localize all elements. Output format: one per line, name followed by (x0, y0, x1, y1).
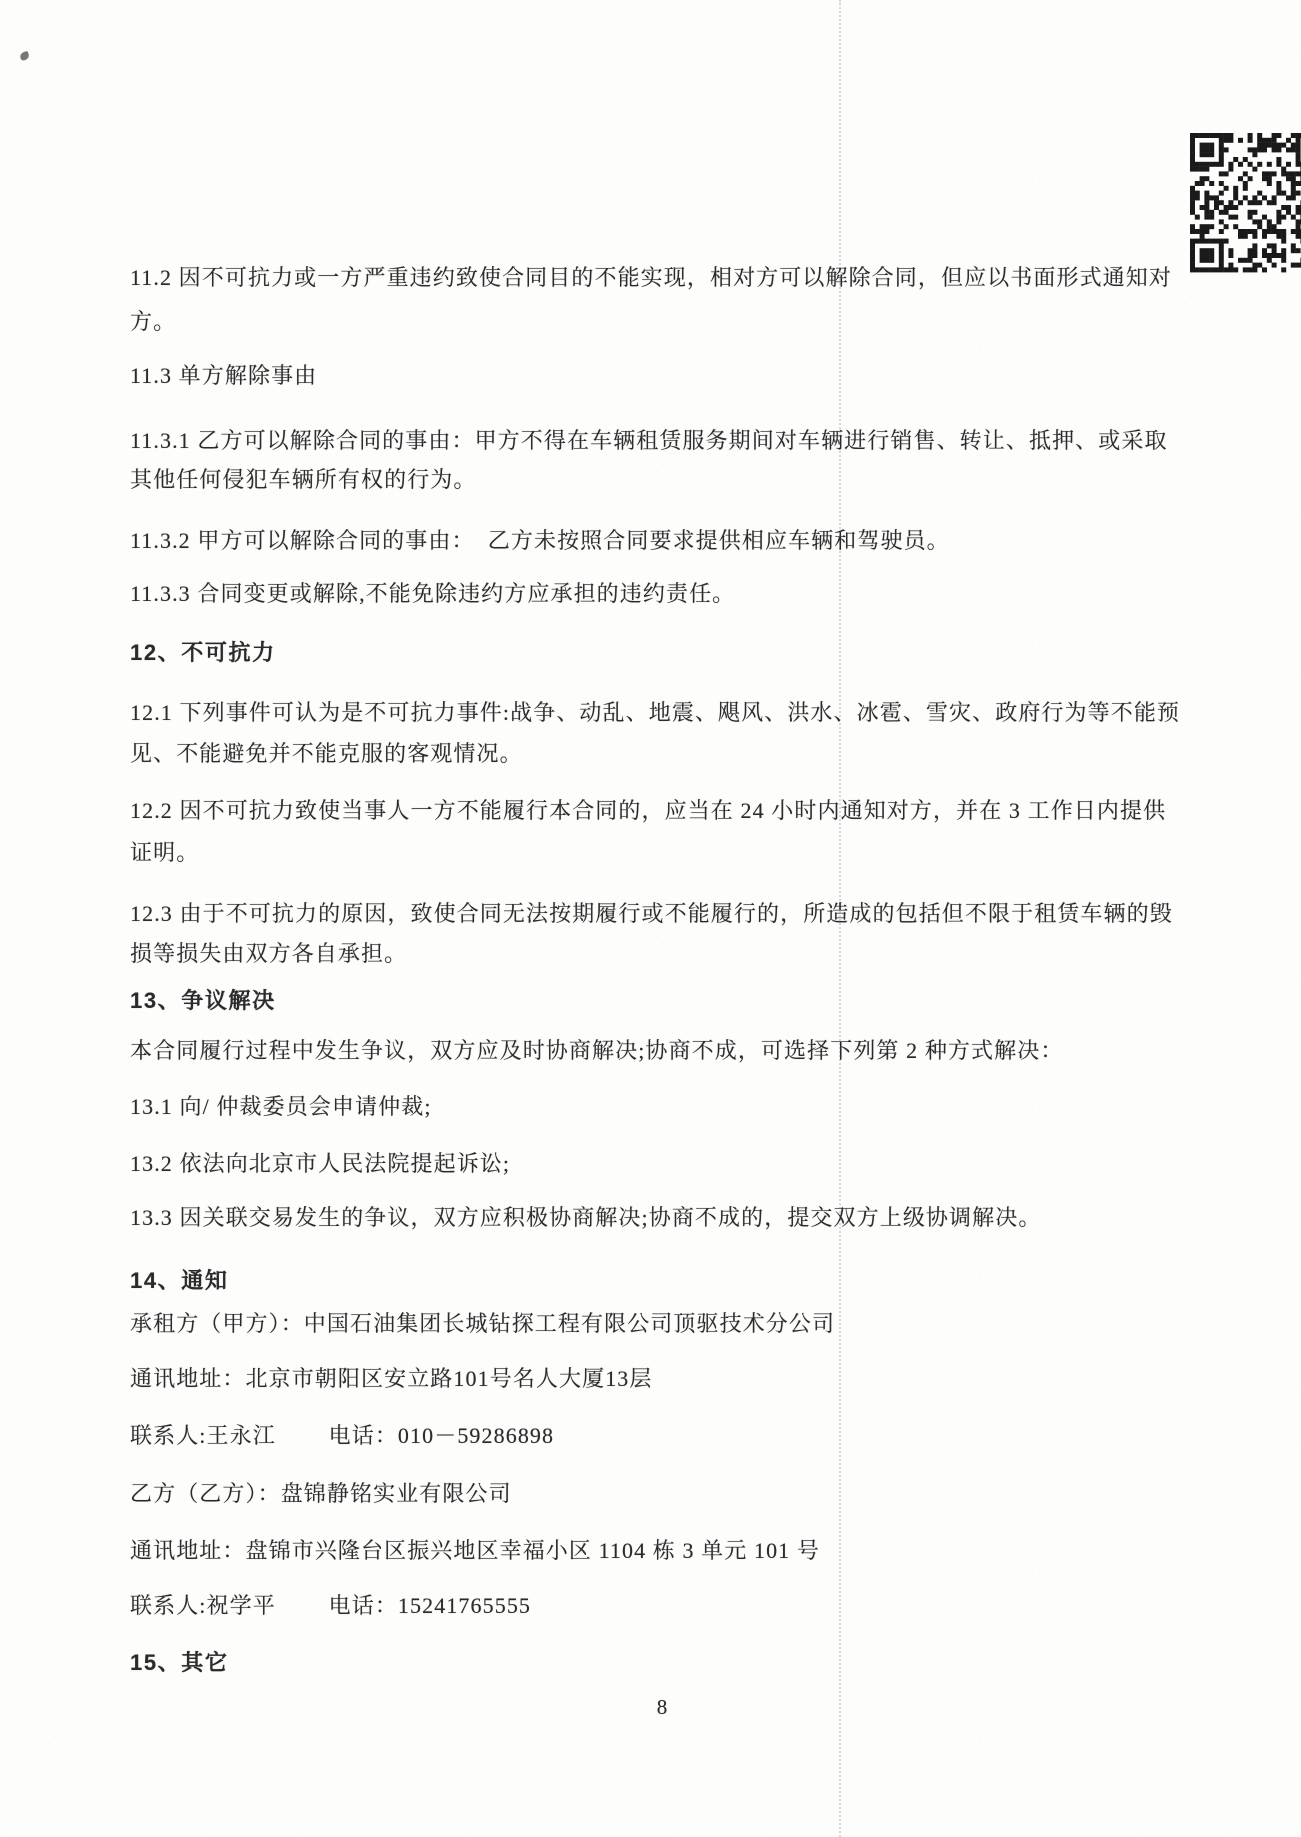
doc-line: 11.3.2 甲方可以解除合同的事由： 乙方未按照合同要求提供相应车辆和驾驶员。 (130, 528, 950, 554)
scan-speck (19, 51, 30, 61)
doc-line: 12.3 由于不可抗力的原因，致使合同无法按期履行或不能履行的，所造成的包括但不… (130, 901, 1173, 927)
document-page: 11.2 因不可抗力或一方严重违约致使合同目的不能实现，相对方可以解除合同，但应… (0, 0, 1301, 1837)
doc-line: 11.3.3 合同变更或解除,不能免除违约方应承担的违约责任。 (130, 581, 735, 607)
doc-line: 其他任何侵犯车辆所有权的行为。 (130, 467, 477, 493)
doc-line: 证明。 (130, 840, 199, 866)
doc-heading: 15、其它 (130, 1650, 228, 1676)
doc-line: 12.2 因不可抗力致使当事人一方不能履行本合同的，应当在 24 小时内通知对方… (130, 798, 1166, 824)
doc-line: 见、不能避免并不能克服的客观情况。 (130, 741, 523, 767)
doc-heading: 13、争议解决 (130, 988, 276, 1014)
doc-line: 乙方（乙方）：盘锦静铭实业有限公司 (130, 1481, 512, 1507)
doc-line: 本合同履行过程中发生争议，双方应及时协商解决;协商不成，可选择下列第 2 种方式… (130, 1038, 1063, 1064)
doc-line: 12.1 下列事件可认为是不可抗力事件:战争、动乱、地震、飓风、洪水、冰雹、雪灾… (130, 700, 1180, 726)
doc-line: 通讯地址：盘锦市兴隆台区振兴地区幸福小区 1104 栋 3 单元 101 号 (130, 1538, 820, 1564)
qr-code-icon (1190, 133, 1301, 273)
page-number: 8 (642, 1695, 682, 1720)
doc-heading: 12、不可抗力 (130, 640, 276, 666)
doc-line: 11.3.1 乙方可以解除合同的事由：甲方不得在车辆租赁服务期间对车辆进行销售、… (130, 428, 1168, 454)
doc-line: 联系人:祝学平 电话：15241765555 (130, 1593, 531, 1619)
doc-line: 通讯地址：北京市朝阳区安立路101号名人大厦13层 (130, 1366, 653, 1392)
doc-line: 11.3 单方解除事由 (130, 363, 317, 389)
doc-line: 13.3 因关联交易发生的争议，双方应积极协商解决;协商不成的，提交双方上级协调… (130, 1205, 1041, 1231)
doc-line: 11.2 因不可抗力或一方严重违约致使合同目的不能实现，相对方可以解除合同，但应… (130, 265, 1172, 291)
doc-line: 损等损失由双方各自承担。 (130, 941, 407, 967)
doc-heading: 14、通知 (130, 1268, 228, 1294)
doc-line: 承租方（甲方）：中国石油集团长城钻探工程有限公司顶驱技术分公司 (130, 1311, 835, 1337)
doc-line: 13.1 向/ 仲裁委员会申请仲裁; (130, 1094, 432, 1120)
doc-line: 13.2 依法向北京市人民法院提起诉讼; (130, 1151, 510, 1177)
doc-line: 方。 (130, 309, 176, 335)
doc-line: 联系人:王永江 电话：010－59286898 (130, 1423, 554, 1449)
